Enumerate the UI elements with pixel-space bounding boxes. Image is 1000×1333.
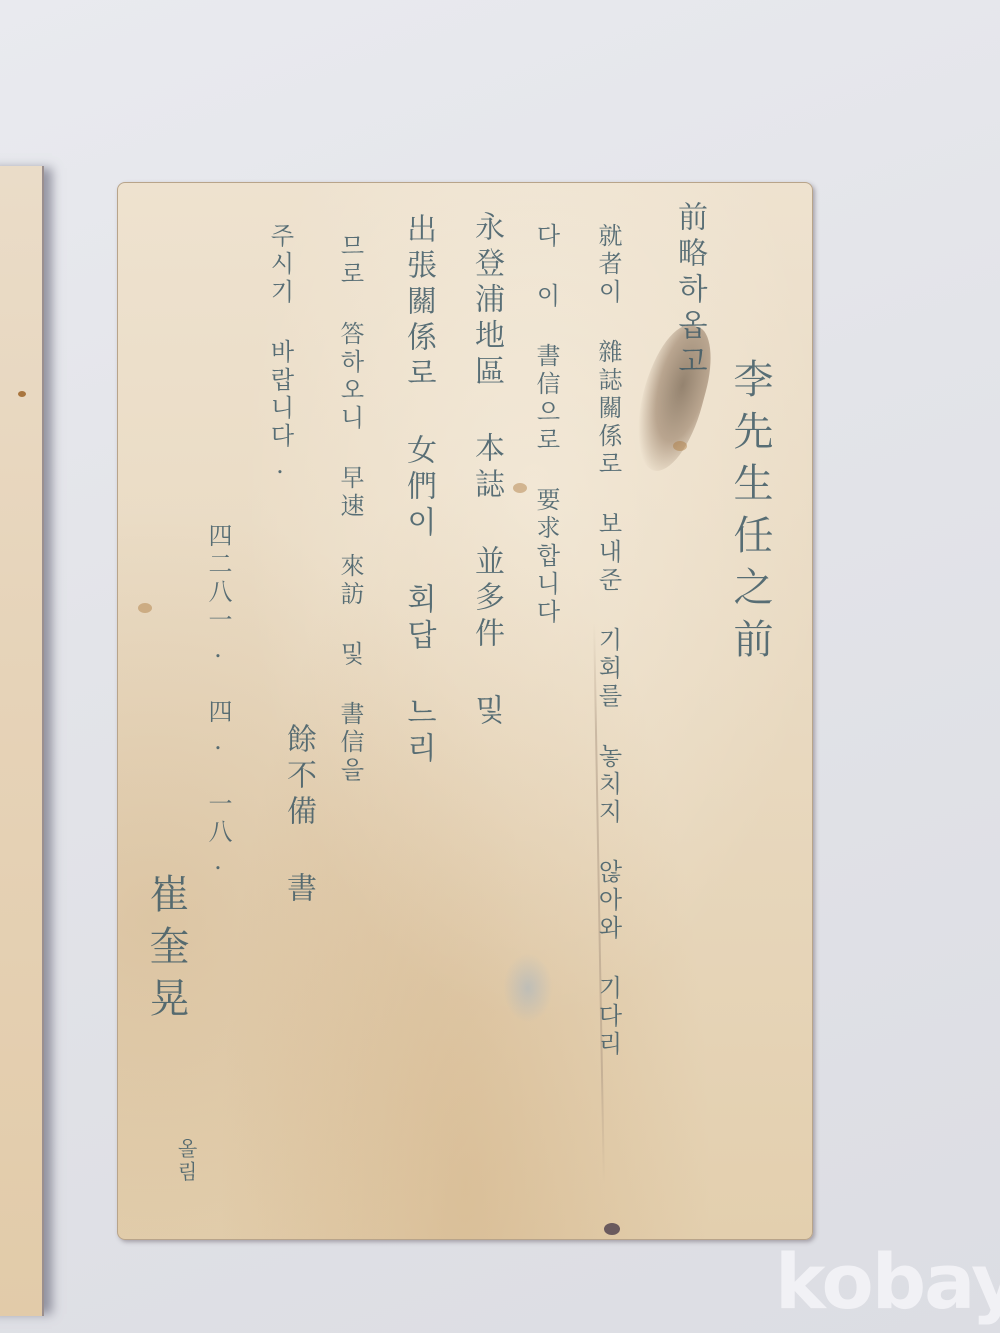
letter-column: 주시기 바랍니다. (268, 223, 292, 483)
watermark-logo: kobay (775, 1244, 1000, 1320)
corner-tear (604, 1223, 620, 1235)
rust-spot (673, 441, 687, 451)
rust-spot (138, 603, 152, 613)
letter-column: 就者이 雜誌關係로 보내준 기회를 놓치지 않아와 기다리 (596, 223, 620, 1059)
letter-column: 다 이 書信으로 要求합니다 (534, 223, 558, 627)
letter-column: 出張關係로 女們이 회답 느리 (403, 213, 433, 768)
stain-spot (18, 391, 26, 397)
letter-column: 永登浦地區 本誌 並多件 및 (471, 211, 501, 730)
photograph: 李先生任之前 前略하옵고 就者이 雜誌關係로 보내준 기회를 놓치지 않아와 기… (0, 0, 1000, 1333)
letter-column: 므로 答하오니 早速 來訪 및 書信을 (338, 233, 362, 785)
letter-column: 前略하옵고 (674, 201, 704, 381)
addressee-line: 李先生任之前 (730, 358, 770, 670)
letter-column: 餘不備 書 (283, 723, 313, 908)
sender-suffix: 올림 (176, 1138, 196, 1184)
ink-smudge (503, 953, 553, 1023)
rust-spot (513, 483, 527, 493)
postcard: 李先生任之前 前略하옵고 就者이 雜誌關係로 보내준 기회를 놓치지 않아와 기… (117, 182, 813, 1240)
partial-postcard-left (0, 166, 44, 1316)
sender-signature: 崔奎晃 (146, 873, 186, 1029)
date-line: 四二八一. 四. 一八. (206, 523, 230, 879)
